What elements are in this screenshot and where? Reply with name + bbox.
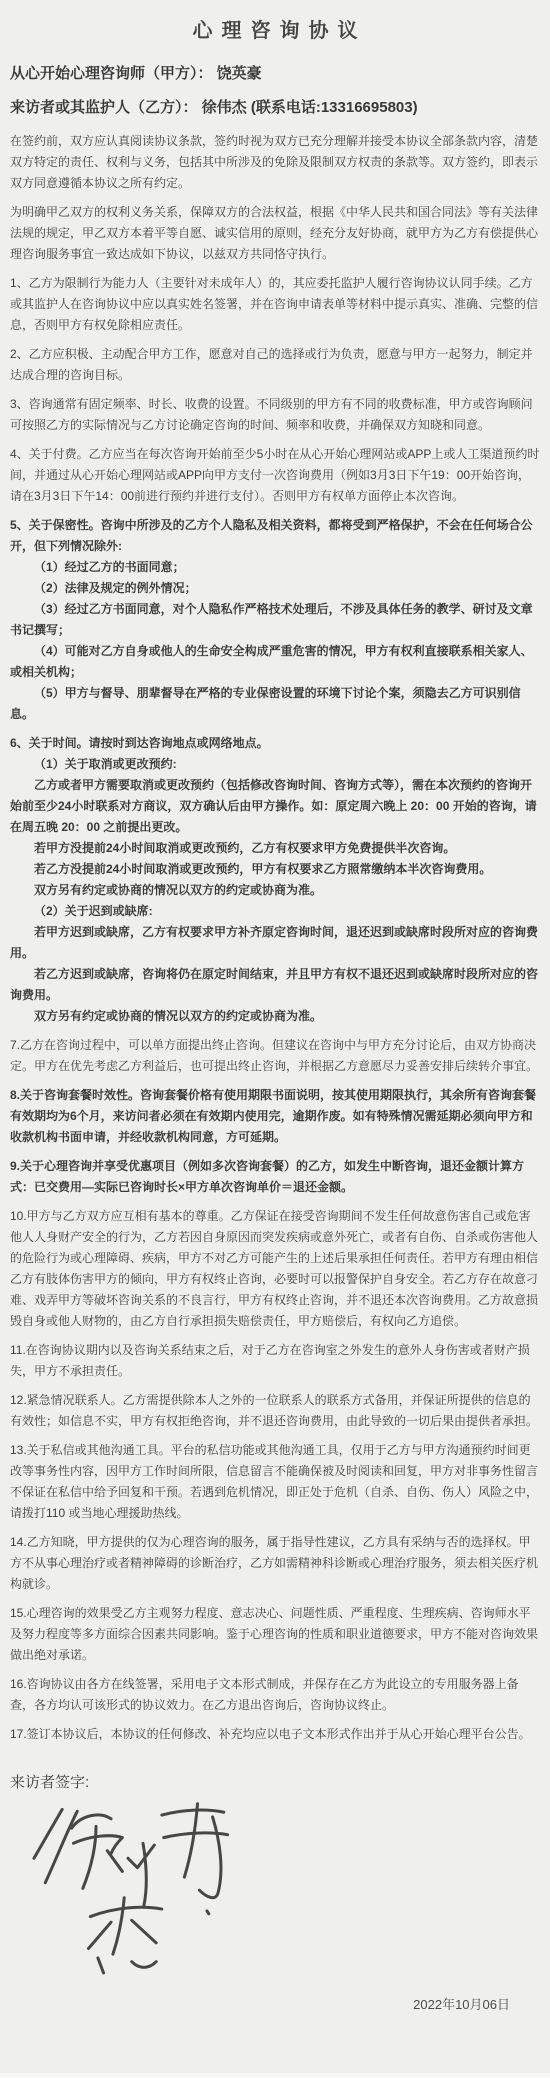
agreement-paragraph: 7.乙方在咨询过程中，可以单方面提出终止咨询。但建议在咨询中与甲方充分讨论后，由… [10,1035,540,1077]
agreement-paragraph: 双方另有约定或协商的情况以双方的约定或协商为准。 [10,880,540,901]
agreement-paragraph: 若甲方迟到或缺席，乙方有权要求甲方补齐原定咨询时间，退还迟到或缺席时段所对应的咨… [10,922,540,964]
party-a-line: 从心开始心理咨询师（甲方）： 饶英豪 [10,63,540,85]
agreement-paragraph: 16.咨询协议由各方在线签署，采用电子文本形式制成，并保存在乙方为此设立的专用服… [10,1674,540,1716]
agreement-paragraph: 双方另有约定或协商的情况以双方的约定或协商为准。 [10,1006,540,1027]
agreement-paragraph: 若乙方没提前24小时间取消或更改预约，甲方有权要求乙方照常缴纳本半次咨询费用。 [10,859,540,880]
agreement-paragraph: 14.乙方知晓，甲方提供的仅为心理咨询的服务，属于指导性建议，乙方具有采纳与否的… [10,1532,540,1595]
agreement-paragraph: 15.心理咨询的效果受乙方主观努力程度、意志决心、问题性质、严重程度、生理疾病、… [10,1603,540,1666]
agreement-paragraph: （2）法律及规定的例外情况； [10,578,540,599]
agreement-paragraph: 2、乙方应积极、主动配合甲方工作，愿意对自己的选择或行为负责，愿意与甲方一起努力… [10,344,540,386]
agreement-paragraph: （4）可能对乙方自身或他人的生命安全构成严重危害的情况，甲方有权利直接联系相关家… [10,641,540,683]
agreement-paragraph: 5、关于保密性。咨询中所涉及的乙方个人隐私及相关资料，都将受到严格保护，不会在任… [10,515,540,557]
agreement-paragraph: 10.甲方与乙方双方应互相有基本的尊重。乙方保证在接受咨询期间不发生任何故意伤害… [10,1206,540,1332]
visitor-signature-handwriting [14,1800,304,1988]
agreement-paragraph: （2）关于迟到或缺席: [10,901,540,922]
agreement-paragraph: 17.签订本协议后，本协议的任何修改、补充均应以电子文本形式作出并于从心开始心理… [10,1724,540,1745]
agreement-paragraph: （5）甲方与督导、朋辈督导在严格的专业保密设置的环境下讨论个案，须隐去乙方可识别… [10,683,540,725]
agreement-body: 在签约前，双方应认真阅读协议条款，签约时视为双方已充分理解并接受本协议全部条款内… [10,131,540,1745]
agreement-paragraph: 若甲方没提前24小时间取消或更改预约，乙方有权要求甲方免费提供半次咨询。 [10,838,540,859]
agreement-paragraph: 12.紧急情况联系人。乙方需提供除本人之外的一位联系人的联系方式备用，并保证所提… [10,1390,540,1432]
agreement-document: 心理咨询协议 从心开始心理咨询师（甲方）： 饶英豪 来访者或其监护人（乙方）： … [0,0,550,2078]
agreement-paragraph: （3）经过乙方书面同意，对个人隐私作严格技术处理后，不涉及具体任务的教学、研讨及… [10,599,540,641]
agreement-paragraph: 乙方或者甲方需要取消或更改预约（包括修改咨询时间、咨询方式等），需在本次预约的咨… [10,775,540,838]
signature-date: 2022年10月06日 [10,1994,540,2013]
page-bottom-edge [0,2073,550,2078]
agreement-paragraph: 若乙方迟到或缺席，咨询将仍在原定时间结束，并且甲方有权不退还迟到或缺席时段所对应… [10,964,540,1006]
agreement-paragraph: 9.关于心理咨询并享受优惠项目（例如多次咨询套餐）的乙方，如发生中断咨询，退还金… [10,1156,540,1198]
page-title: 心理咨询协议 [10,14,540,43]
party-b-line: 来访者或其监护人（乙方）： 徐伟杰 (联系电话:13316695803) [10,97,540,119]
agreement-paragraph: （1）经过乙方的书面同意； [10,557,540,578]
agreement-paragraph: 11.在咨询协议期内以及咨询关系结束之后，对于乙方在咨询室之外发生的意外人身伤害… [10,1340,540,1382]
agreement-paragraph: 在签约前，双方应认真阅读协议条款，签约时视为双方已充分理解并接受本协议全部条款内… [10,131,540,194]
agreement-paragraph: 1、乙方为限制行为能力人（主要针对未成年人）的，其应委托监护人履行咨询协议认同手… [10,273,540,336]
agreement-paragraph: 8.关于咨询套餐时效性。咨询套餐价格有使用期限书面说明，按其使用期限执行，其余所… [10,1085,540,1148]
agreement-paragraph: 4、关于付费。乙方应当在每次咨询开始前至少5小时在从心开始心理网站或APP上或人… [10,444,540,507]
agreement-paragraph: （1）关于取消或更改预约: [10,754,540,775]
agreement-paragraph: 3、咨询通常有固定频率、时长、收费的设置。不同级别的甲方有不同的收费标准，甲方或… [10,394,540,436]
visitor-signature-label: 来访者签字: [10,1771,540,1792]
agreement-paragraph: 为明确甲乙双方的权利义务关系，保障双方的合法权益，根据《中华人民共和国合同法》等… [10,202,540,265]
agreement-paragraph: 6、关于时间。请按时到达咨询地点或网络地点。 [10,733,540,754]
agreement-paragraph: 13.关于私信或其他沟通工具。平台的私信功能或其他沟通工具，仅用于乙方与甲方沟通… [10,1440,540,1524]
